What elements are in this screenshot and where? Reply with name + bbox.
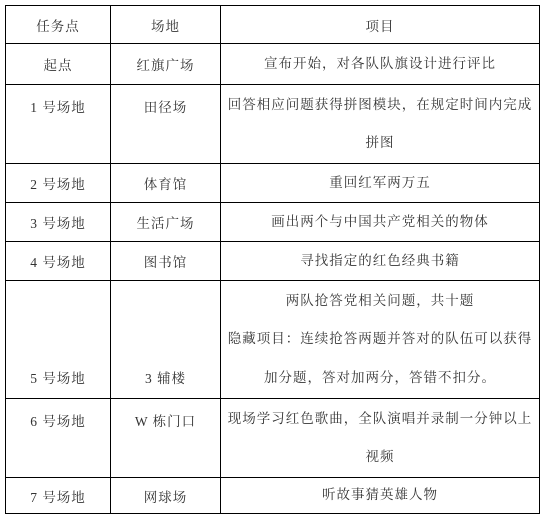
project-line: 重回红军两万五 [329,174,431,192]
task-point-cell: 6 号场地 [6,399,111,478]
venue-cell: 网球场 [111,478,221,514]
task-point-cell: 7 号场地 [6,478,111,514]
venue-cell: 红旗广场 [111,44,221,85]
table-row-start-point: 起点 红旗广场 宣布开始，对各队队旗设计进行评比 [6,44,540,85]
project-line: 隐藏项目：连续抢答两题并答对的队伍可以获得 [228,330,533,348]
table-row-site-1: 1 号场地 田径场 回答相应问题获得拼图模块，在规定时间内完成 拼图 [6,85,540,164]
project-line: 寻找指定的红色经典书籍 [300,252,460,270]
project-cell: 宣布开始，对各队队旗设计进行评比 [221,44,540,85]
task-schedule-table: 任务点 场地 项目 起点 红旗广场 宣布开始，对各队队旗设计进行评比 1 号场地… [5,5,540,514]
header-cell-task-point: 任务点 [6,6,111,44]
venue-cell: 图书馆 [111,242,221,281]
table-row-site-5: 5 号场地 3 辅楼 两队抢答党相关问题，共十题 隐藏项目：连续抢答两题并答对的… [6,281,540,399]
project-line: 加分题，答对加两分，答错不扣分。 [264,369,496,387]
project-line: 拼图 [366,134,395,152]
table-row-site-7: 7 号场地 网球场 听故事猜英雄人物 [6,478,540,514]
project-line: 宣布开始，对各队队旗设计进行评比 [264,55,496,73]
table-row-site-6: 6 号场地 W 栋门口 现场学习红色歌曲，全队演唱并录制一分钟以上 视频 [6,399,540,478]
task-point-cell: 起点 [6,44,111,85]
project-cell: 两队抢答党相关问题，共十题 隐藏项目：连续抢答两题并答对的队伍可以获得 加分题，… [221,281,540,399]
project-cell: 重回红军两万五 [221,164,540,203]
project-cell: 寻找指定的红色经典书籍 [221,242,540,281]
venue-cell: 体育馆 [111,164,221,203]
project-line: 两队抢答党相关问题，共十题 [286,292,475,310]
task-point-cell: 5 号场地 [6,281,111,399]
venue-cell: 田径场 [111,85,221,164]
project-line: 现场学习红色歌曲，全队演唱并录制一分钟以上 [228,410,533,428]
task-point-cell: 4 号场地 [6,242,111,281]
project-line: 回答相应问题获得拼图模块，在规定时间内完成 [228,96,533,114]
task-point-cell: 3 号场地 [6,203,111,242]
header-cell-project: 项目 [221,6,540,44]
table-header-row: 任务点 场地 项目 [6,6,540,44]
venue-cell: 生活广场 [111,203,221,242]
project-line: 视频 [366,448,395,466]
task-point-cell: 2 号场地 [6,164,111,203]
table-row-site-3: 3 号场地 生活广场 画出两个与中国共产党相关的物体 [6,203,540,242]
header-cell-venue: 场地 [111,6,221,44]
project-line: 画出两个与中国共产党相关的物体 [271,213,489,231]
project-cell: 画出两个与中国共产党相关的物体 [221,203,540,242]
table-row-site-4: 4 号场地 图书馆 寻找指定的红色经典书籍 [6,242,540,281]
task-point-cell: 1 号场地 [6,85,111,164]
venue-cell: 3 辅楼 [111,281,221,399]
table-row-site-2: 2 号场地 体育馆 重回红军两万五 [6,164,540,203]
project-cell: 听故事猜英雄人物 [221,478,540,514]
project-cell: 现场学习红色歌曲，全队演唱并录制一分钟以上 视频 [221,399,540,478]
venue-cell: W 栋门口 [111,399,221,478]
project-cell: 回答相应问题获得拼图模块，在规定时间内完成 拼图 [221,85,540,164]
project-line: 听故事猜英雄人物 [322,486,438,504]
